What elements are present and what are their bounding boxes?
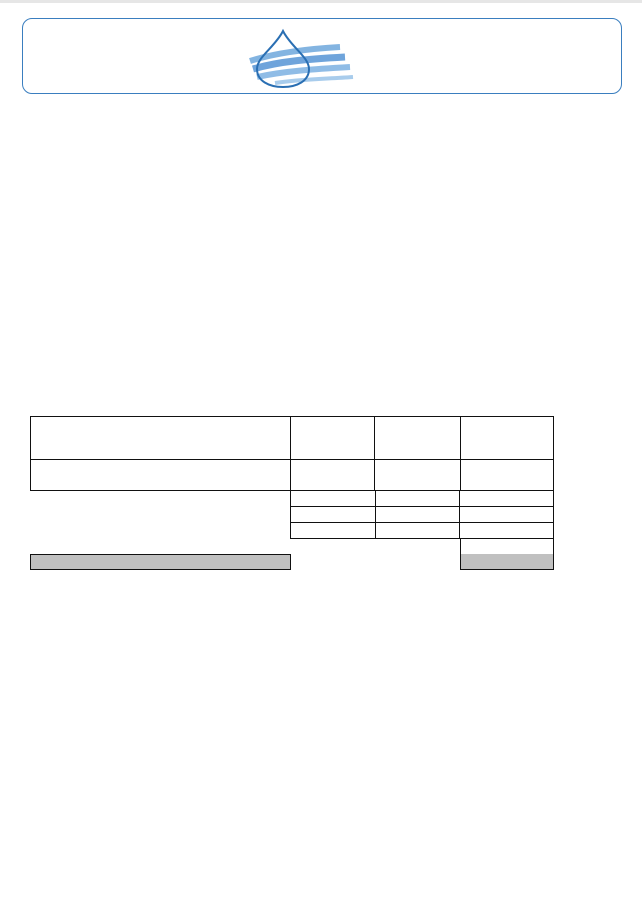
col-divider [290, 416, 375, 460]
col-divider [460, 416, 461, 460]
col-divider [375, 506, 460, 523]
col-divider [375, 522, 460, 539]
col-divider [290, 459, 375, 491]
top-border [0, 0, 642, 3]
due-label-box [30, 554, 291, 570]
col-divider [375, 490, 460, 507]
water-drop-icon [245, 25, 355, 91]
col-divider [460, 459, 461, 491]
claim-box [460, 538, 554, 555]
letterhead [22, 18, 622, 94]
due-value-box [460, 554, 554, 570]
